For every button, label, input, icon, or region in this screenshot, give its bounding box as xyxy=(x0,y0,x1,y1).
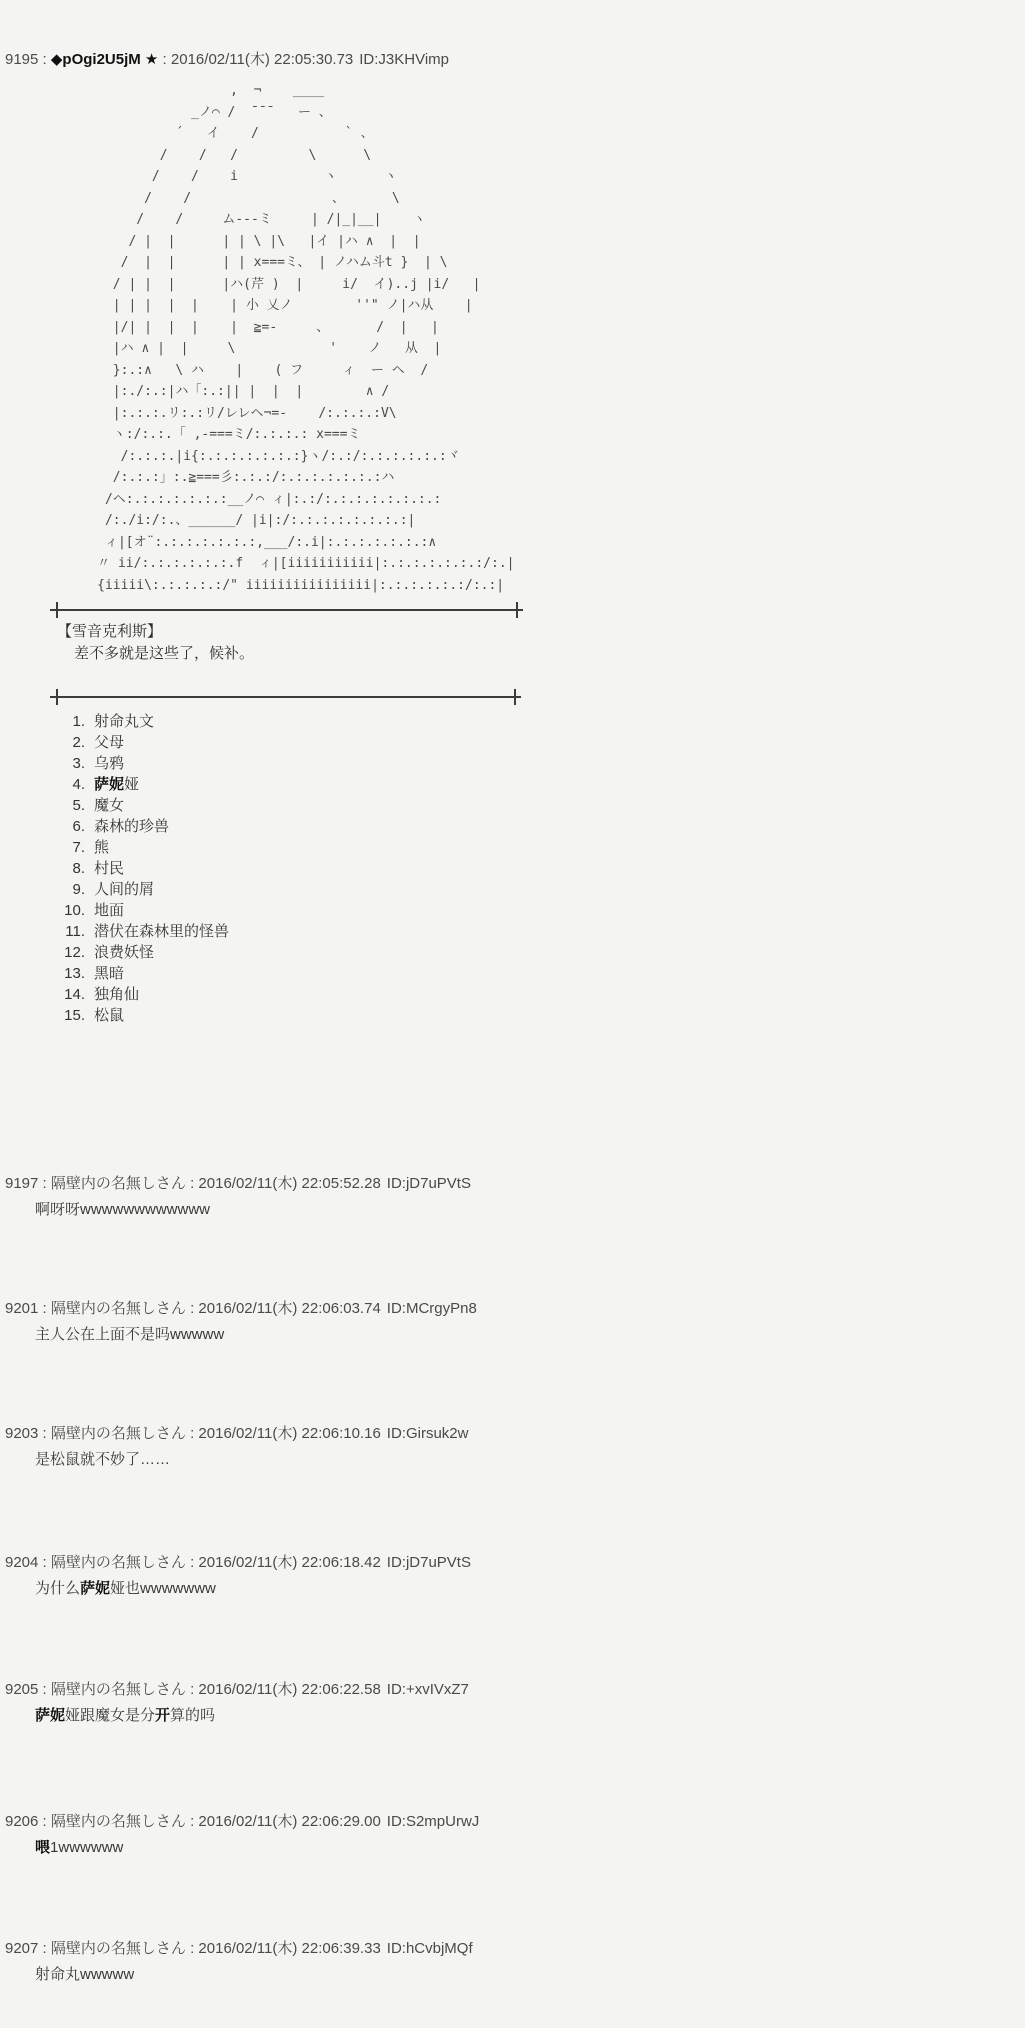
separator: : xyxy=(38,51,51,68)
list-item-label: 父母 xyxy=(94,732,124,753)
divider-bottom xyxy=(50,696,521,698)
reply-id: ID:jD7uPVtS xyxy=(387,1175,471,1192)
reply-post: 9201 : 隔壁内の名無しさん : 2016/02/11(木) 22:06:0… xyxy=(5,1297,477,1344)
reply-datetime: 2016/02/11(木) 22:06:10.16 xyxy=(198,1425,380,1442)
reply-number: 9197 xyxy=(5,1175,38,1192)
list-item: 13.黑暗 xyxy=(47,963,229,984)
ascii-art: , ¬ ____ _ノ⌒ / ̄ ̄ ̄ ー 、 ´ イ / ` 、 / / /… xyxy=(58,80,514,596)
text-segment: 1wwwwww xyxy=(50,1839,123,1856)
reply-post: 9207 : 隔壁内の名無しさん : 2016/02/11(木) 22:06:3… xyxy=(5,1937,473,1984)
text-segment: 村民 xyxy=(94,860,124,877)
list-item-number: 13. xyxy=(47,963,85,984)
list-item: 4.萨妮娅 xyxy=(47,774,229,795)
list-item: 10.地面 xyxy=(47,900,229,921)
separator: : xyxy=(38,1554,51,1571)
text-segment: 萨妮 xyxy=(35,1707,65,1724)
list-item-label: 松鼠 xyxy=(94,1005,124,1026)
list-item-number: 3. xyxy=(47,753,85,774)
reply-post: 9206 : 隔壁内の名無しさん : 2016/02/11(木) 22:06:2… xyxy=(5,1810,479,1857)
reply-post: 9204 : 隔壁内の名無しさん : 2016/02/11(木) 22:06:1… xyxy=(5,1551,471,1598)
list-item: 9.人间的屑 xyxy=(47,879,229,900)
op-tripcode-name: ◆pOgi2U5jM ★ xyxy=(51,51,159,68)
reply-body: 啊呀呀wwwwwwwwwwww xyxy=(35,1198,471,1219)
text-segment: 浪费妖怪 xyxy=(94,944,154,961)
list-item-label: 萨妮娅 xyxy=(94,774,139,795)
reply-number: 9203 xyxy=(5,1425,38,1442)
separator: : xyxy=(186,1425,199,1442)
list-item: 14.独角仙 xyxy=(47,984,229,1005)
separator: : xyxy=(38,1425,51,1442)
reply-header: 9201 : 隔壁内の名無しさん : 2016/02/11(木) 22:06:0… xyxy=(5,1297,477,1318)
separator: : xyxy=(186,1300,199,1317)
reply-header: 9205 : 隔壁内の名無しさん : 2016/02/11(木) 22:06:2… xyxy=(5,1678,469,1699)
op-post-header: 9195 : ◆pOgi2U5jM ★ : 2016/02/11(木) 22:0… xyxy=(5,48,449,69)
text-segment: 射命丸wwwww xyxy=(35,1966,134,1983)
list-item: 2.父母 xyxy=(47,732,229,753)
reply-number: 9207 xyxy=(5,1940,38,1957)
separator: : xyxy=(38,1681,51,1698)
list-item-label: 射命丸文 xyxy=(94,711,154,732)
text-segment: 是松鼠就不妙了…… xyxy=(35,1451,170,1468)
reply-body: 是松鼠就不妙了…… xyxy=(35,1448,468,1469)
text-segment: 娅跟魔女是分 xyxy=(65,1707,155,1724)
reply-datetime: 2016/02/11(木) 22:06:22.58 xyxy=(198,1681,380,1698)
reply-datetime: 2016/02/11(木) 22:06:03.74 xyxy=(198,1300,380,1317)
reply-body: 喂1wwwwww xyxy=(35,1836,479,1857)
reply-header: 9203 : 隔壁内の名無しさん : 2016/02/11(木) 22:06:1… xyxy=(5,1422,468,1443)
separator: : xyxy=(186,1554,199,1571)
list-item-number: 6. xyxy=(47,816,85,837)
reply-body: 射命丸wwwww xyxy=(35,1963,473,1984)
list-item: 3.乌鸦 xyxy=(47,753,229,774)
separator: : xyxy=(186,1175,199,1192)
separator: : xyxy=(38,1940,51,1957)
separator: : xyxy=(38,1813,51,1830)
reply-number: 9205 xyxy=(5,1681,38,1698)
separator: : xyxy=(38,1300,51,1317)
reply-header: 9207 : 隔壁内の名無しさん : 2016/02/11(木) 22:06:3… xyxy=(5,1937,473,1958)
reply-post: 9197 : 隔壁内の名無しさん : 2016/02/11(木) 22:05:5… xyxy=(5,1172,471,1219)
separator: : xyxy=(186,1681,199,1698)
candidate-list: 1.射命丸文2.父母3.乌鸦4.萨妮娅5.魔女6.森林的珍兽7.熊8.村民9.人… xyxy=(47,711,229,1026)
reply-header: 9204 : 隔壁内の名無しさん : 2016/02/11(木) 22:06:1… xyxy=(5,1551,471,1572)
dialogue-line: 差不多就是这些了，候补。 xyxy=(74,642,254,663)
reply-name: 隔壁内の名無しさん xyxy=(51,1425,186,1442)
reply-id: ID:+xvIVxZ7 xyxy=(387,1681,469,1698)
thread-page: 9195 : ◆pOgi2U5jM ★ : 2016/02/11(木) 22:0… xyxy=(0,0,1025,2028)
reply-id: ID:MCrgyPn8 xyxy=(387,1300,477,1317)
list-item-number: 12. xyxy=(47,942,85,963)
reply-body: 为什么萨妮娅也wwwwwww xyxy=(35,1577,471,1598)
text-segment: 射命丸文 xyxy=(94,713,154,730)
reply-header: 9206 : 隔壁内の名無しさん : 2016/02/11(木) 22:06:2… xyxy=(5,1810,479,1831)
reply-post: 9203 : 隔壁内の名無しさん : 2016/02/11(木) 22:06:1… xyxy=(5,1422,468,1469)
op-post-number: 9195 xyxy=(5,51,38,68)
text-segment: 地面 xyxy=(94,902,124,919)
separator: : xyxy=(186,1813,199,1830)
reply-header: 9197 : 隔壁内の名無しさん : 2016/02/11(木) 22:05:5… xyxy=(5,1172,471,1193)
list-item: 7.熊 xyxy=(47,837,229,858)
text-segment: 森林的珍兽 xyxy=(94,818,169,835)
list-item-label: 潜伏在森林里的怪兽 xyxy=(94,921,229,942)
reply-id: ID:jD7uPVtS xyxy=(387,1554,471,1571)
separator: : xyxy=(186,1940,199,1957)
list-item-number: 1. xyxy=(47,711,85,732)
reply-name: 隔壁内の名無しさん xyxy=(51,1681,186,1698)
text-segment: 独角仙 xyxy=(94,986,139,1003)
list-item-number: 10. xyxy=(47,900,85,921)
text-segment: 松鼠 xyxy=(94,1007,124,1024)
text-segment: 萨妮 xyxy=(80,1580,110,1597)
separator: : xyxy=(38,1175,51,1192)
text-segment: 娅 xyxy=(124,776,139,793)
list-item-label: 森林的珍兽 xyxy=(94,816,169,837)
list-item: 5.魔女 xyxy=(47,795,229,816)
list-item-number: 7. xyxy=(47,837,85,858)
text-segment: 主人公在上面不是吗wwwww xyxy=(35,1326,224,1343)
divider-top xyxy=(50,609,523,611)
list-item-label: 乌鸦 xyxy=(94,753,124,774)
reply-datetime: 2016/02/11(木) 22:06:29.00 xyxy=(198,1813,380,1830)
reply-number: 9201 xyxy=(5,1300,38,1317)
reply-id: ID:S2mpUrwJ xyxy=(387,1813,480,1830)
list-item-number: 4. xyxy=(47,774,85,795)
reply-post: 9205 : 隔壁内の名無しさん : 2016/02/11(木) 22:06:2… xyxy=(5,1678,469,1725)
list-item-number: 5. xyxy=(47,795,85,816)
reply-datetime: 2016/02/11(木) 22:06:39.33 xyxy=(198,1940,380,1957)
list-item-number: 2. xyxy=(47,732,85,753)
list-item-label: 熊 xyxy=(94,837,109,858)
list-item-label: 黑暗 xyxy=(94,963,124,984)
text-segment: 乌鸦 xyxy=(94,755,124,772)
list-item: 12.浪费妖怪 xyxy=(47,942,229,963)
reply-name: 隔壁内の名無しさん xyxy=(51,1300,186,1317)
reply-body: 萨妮娅跟魔女是分开算的吗 xyxy=(35,1704,469,1725)
text-segment: 娅也wwwwwww xyxy=(110,1580,216,1597)
list-item-label: 浪费妖怪 xyxy=(94,942,154,963)
list-item-label: 地面 xyxy=(94,900,124,921)
list-item-label: 村民 xyxy=(94,858,124,879)
text-segment: 喂 xyxy=(35,1839,50,1856)
reply-name: 隔壁内の名無しさん xyxy=(51,1940,186,1957)
text-segment: 黑暗 xyxy=(94,965,124,982)
reply-id: ID:Girsuk2w xyxy=(387,1425,469,1442)
reply-name: 隔壁内の名無しさん xyxy=(51,1554,186,1571)
text-segment: 啊呀呀wwwwwwwwwwww xyxy=(35,1201,210,1218)
list-item: 11.潜伏在森林里的怪兽 xyxy=(47,921,229,942)
text-segment: 开 xyxy=(155,1707,170,1724)
list-item-label: 独角仙 xyxy=(94,984,139,1005)
list-item: 1.射命丸文 xyxy=(47,711,229,732)
dialogue-speaker: 【雪音克利斯】 xyxy=(57,620,162,641)
op-id: ID:J3KHVimp xyxy=(359,51,449,68)
reply-number: 9204 xyxy=(5,1554,38,1571)
text-segment: 为什么 xyxy=(35,1580,80,1597)
text-segment: 人间的屑 xyxy=(94,881,154,898)
list-item-label: 人间的屑 xyxy=(94,879,154,900)
reply-id: ID:hCvbjMQf xyxy=(387,1940,473,1957)
reply-datetime: 2016/02/11(木) 22:06:18.42 xyxy=(198,1554,380,1571)
text-segment: 父母 xyxy=(94,734,124,751)
text-segment: 熊 xyxy=(94,839,109,856)
reply-body: 主人公在上面不是吗wwwww xyxy=(35,1323,477,1344)
list-item: 6.森林的珍兽 xyxy=(47,816,229,837)
reply-number: 9206 xyxy=(5,1813,38,1830)
reply-name: 隔壁内の名無しさん xyxy=(51,1813,186,1830)
text-segment: 算的吗 xyxy=(170,1707,215,1724)
list-item-number: 15. xyxy=(47,1005,85,1026)
text-segment: 潜伏在森林里的怪兽 xyxy=(94,923,229,940)
list-item-number: 14. xyxy=(47,984,85,1005)
list-item: 8.村民 xyxy=(47,858,229,879)
text-segment: 魔女 xyxy=(94,797,124,814)
text-segment: 萨妮 xyxy=(94,776,124,793)
reply-name: 隔壁内の名無しさん xyxy=(51,1175,186,1192)
separator: : xyxy=(158,51,171,68)
list-item: 15.松鼠 xyxy=(47,1005,229,1026)
reply-datetime: 2016/02/11(木) 22:05:52.28 xyxy=(198,1175,380,1192)
op-datetime: 2016/02/11(木) 22:05:30.73 xyxy=(171,51,353,68)
list-item-number: 8. xyxy=(47,858,85,879)
list-item-number: 11. xyxy=(47,921,85,942)
list-item-number: 9. xyxy=(47,879,85,900)
list-item-label: 魔女 xyxy=(94,795,124,816)
